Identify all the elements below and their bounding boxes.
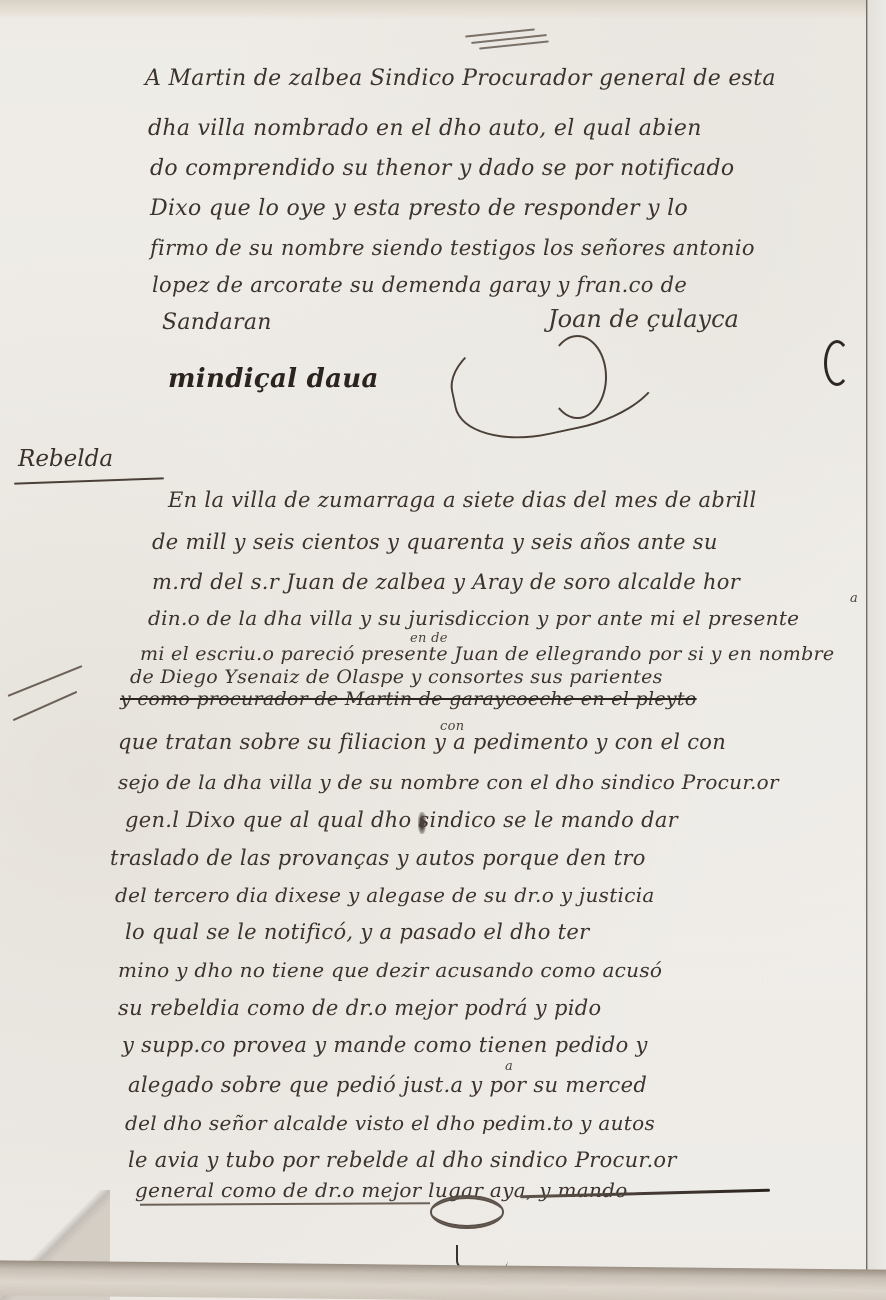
main-line-12: del tercero dia dixese y alegase de su d… — [115, 885, 655, 905]
margin-heading-underline — [14, 477, 164, 484]
page-bottom-edge — [0, 1260, 886, 1300]
main-line-18: del dho señor alcalde visto el dho pedim… — [125, 1113, 655, 1133]
main-line-4: din.o de la dha villa y su jurisdiccion … — [148, 608, 799, 628]
margin-flourish — [824, 340, 850, 386]
main-line-6: de Diego Ysenaiz de Olaspe y consortes s… — [130, 668, 663, 687]
main-line-11: traslado de las provanças y autos porque… — [110, 848, 646, 869]
page-right-fold — [866, 0, 886, 1300]
signature: Joan de çulayca — [548, 305, 739, 333]
main-line-7-struck: y como procurador de Martin de garaycoec… — [120, 690, 697, 709]
upper-line-4: Dixo que lo oye y esta presto de respond… — [150, 198, 688, 220]
manuscript-scan: A Martin de zalbea Sindico Procurador ge… — [0, 0, 886, 1300]
main-line-1: En la villa de zumarraga a siete dias de… — [168, 490, 757, 511]
margin-heading: Rebelda — [18, 446, 113, 472]
ink-blot — [418, 812, 426, 834]
upper-line-2: dha villa nombrado en el dho auto, el qu… — [148, 118, 702, 140]
upper-line-6: lopez de arcorate su demenda garay y fra… — [152, 275, 687, 296]
main-line-13: lo qual se le notificó, y a pasado el dh… — [125, 922, 589, 943]
margin-pen-stroke — [13, 691, 78, 721]
main-line-19: le avia y tubo por rebelde al dho sindic… — [128, 1150, 677, 1171]
main-line-17: alegado sobre que pedió just.a y por su … — [128, 1075, 647, 1096]
main-line-14: mino y dho no tiene que dezir acusando c… — [118, 960, 662, 980]
interlinear-addition: a — [505, 1060, 513, 1073]
ink-bleed-marks — [465, 30, 555, 48]
upper-line-7: Sandaran — [162, 312, 272, 334]
main-line-8: que tratan sobre su filiacion y a pedime… — [118, 732, 726, 753]
interlinear-addition: a — [850, 592, 858, 605]
main-line-3: m.rd del s.r Juan de zalbea y Aray de so… — [152, 572, 740, 593]
closing-line — [140, 1202, 430, 1206]
main-line-5: mi el escriu.o pareció presente Juan de … — [140, 645, 834, 664]
main-line-9: sejo de la dha villa y de su nombre con … — [118, 772, 779, 792]
upper-line-1: A Martin de zalbea Sindico Procurador ge… — [145, 68, 776, 90]
main-line-15: su rebeldia como de dr.o mejor podrá y p… — [118, 998, 601, 1019]
subscription-mark: mindiçal daua — [168, 366, 379, 392]
main-line-16: y supp.co provea y mande como tienen ped… — [122, 1035, 648, 1056]
main-line-10: gen.l Dixo que al qual dho sindico se le… — [125, 810, 678, 831]
upper-line-3: do comprendido su thenor y dado se por n… — [150, 158, 734, 180]
main-line-2: de mill y seis cientos y quarenta y seis… — [152, 532, 718, 553]
signature-loop — [548, 335, 607, 419]
closing-flourish — [430, 1195, 504, 1229]
page-top-edge — [0, 0, 886, 20]
upper-line-5: firmo de su nombre siendo testigos los s… — [150, 238, 755, 259]
